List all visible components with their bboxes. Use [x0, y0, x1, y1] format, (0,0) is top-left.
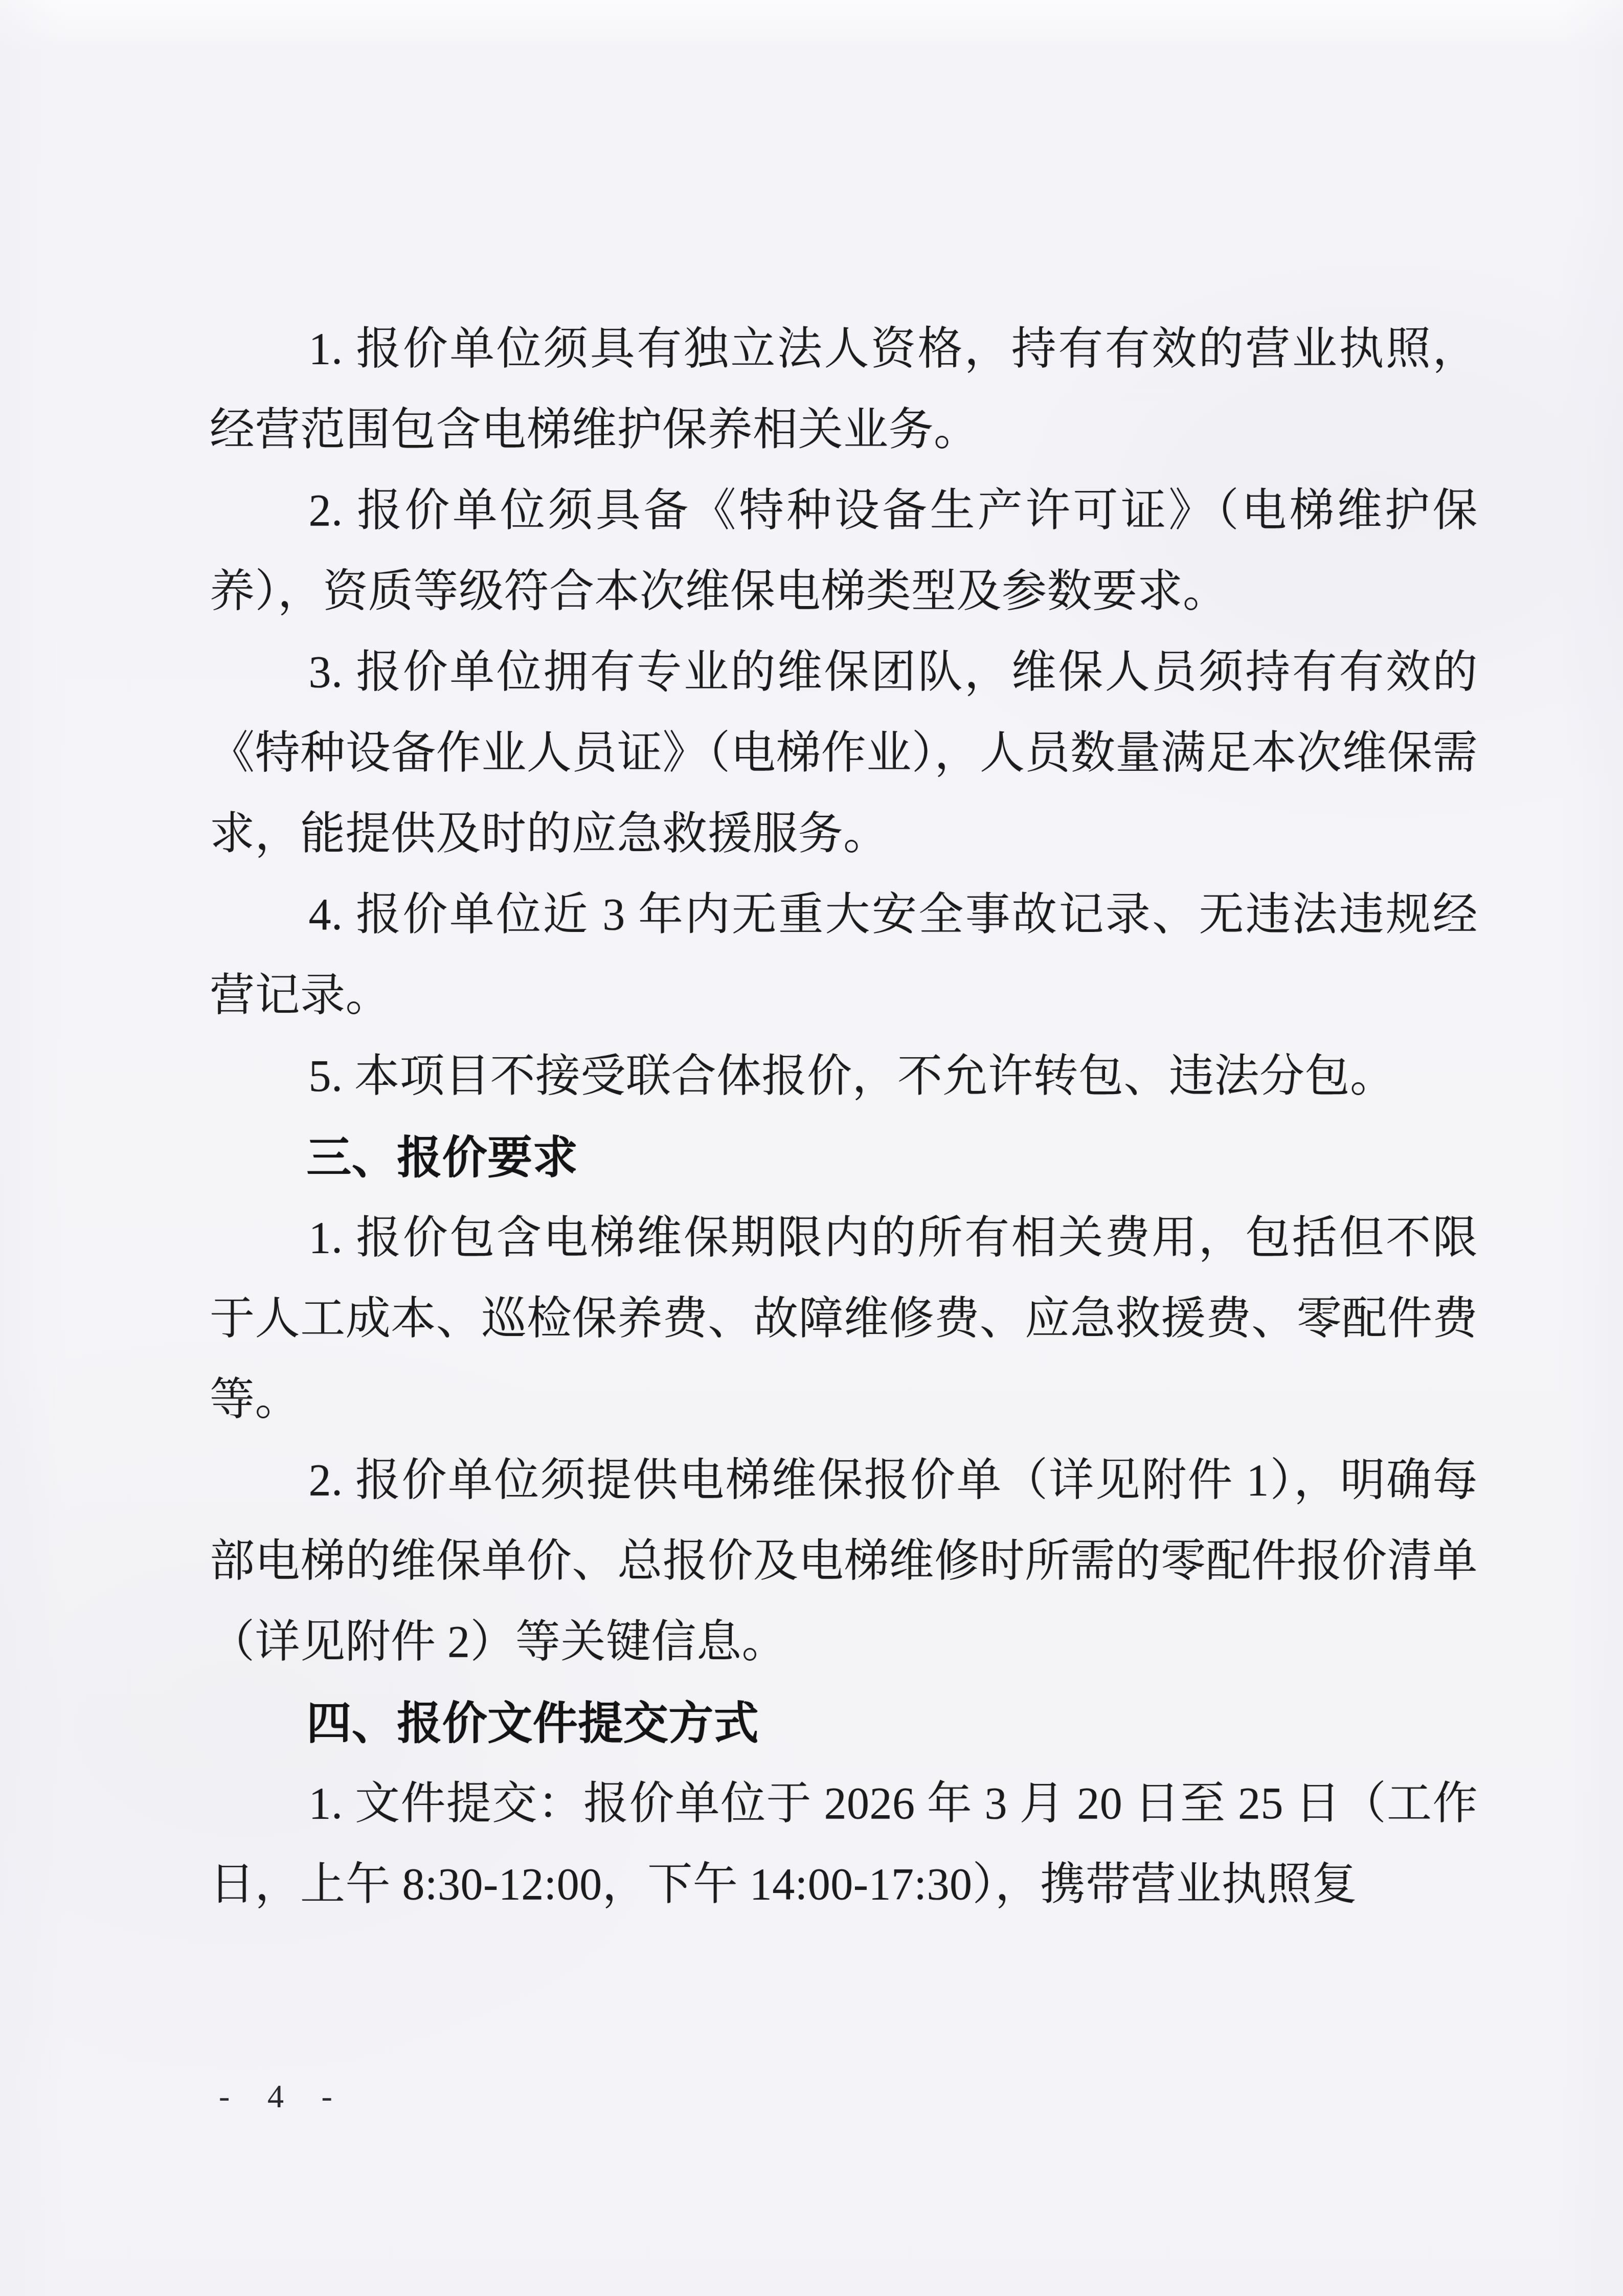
paragraph-legal-entity: 1. 报价单位须具有独立法人资格，持有有效的营业执照，经营范围包含电梯维护保养相… [210, 309, 1478, 471]
paragraph-production-license: 2. 报价单位须具备《特种设备生产许可证》（电梯维护保养），资质等级符合本次维保… [210, 471, 1478, 632]
document-page: { "document": { "body": [ { "type": "par… [0, 0, 1623, 2296]
page-number: - 4 - [219, 2078, 347, 2115]
heading-quotation-requirements: 三、报价要求 [210, 1117, 1478, 1198]
paragraph-no-consortium: 5. 本项目不接受联合体报价，不允许转包、违法分包。 [210, 1036, 1478, 1117]
paragraph-maintenance-team: 3. 报价单位拥有专业的维保团队，维保人员须持有有效的《特种设备作业人员证》（电… [210, 632, 1478, 875]
document-body: 1. 报价单位须具有独立法人资格，持有有效的营业执照，经营范围包含电梯维护保养相… [210, 309, 1478, 1925]
paragraph-document-submission: 1. 文件提交：报价单位于 2026 年 3 月 20 日至 25 日（工作日，… [210, 1764, 1478, 1925]
paragraph-quotation-sheet: 2. 报价单位须提供电梯维保报价单（详见附件 1），明确每部电梯的维保单价、总报… [210, 1440, 1478, 1683]
heading-submission-method: 四、报价文件提交方式 [210, 1683, 1478, 1764]
paragraph-safety-record: 4. 报价单位近 3 年内无重大安全事故记录、无违法违规经营记录。 [210, 875, 1478, 1036]
paragraph-quotation-scope: 1. 报价包含电梯维保期限内的所有相关费用，包括但不限于人工成本、巡检保养费、故… [210, 1198, 1478, 1440]
